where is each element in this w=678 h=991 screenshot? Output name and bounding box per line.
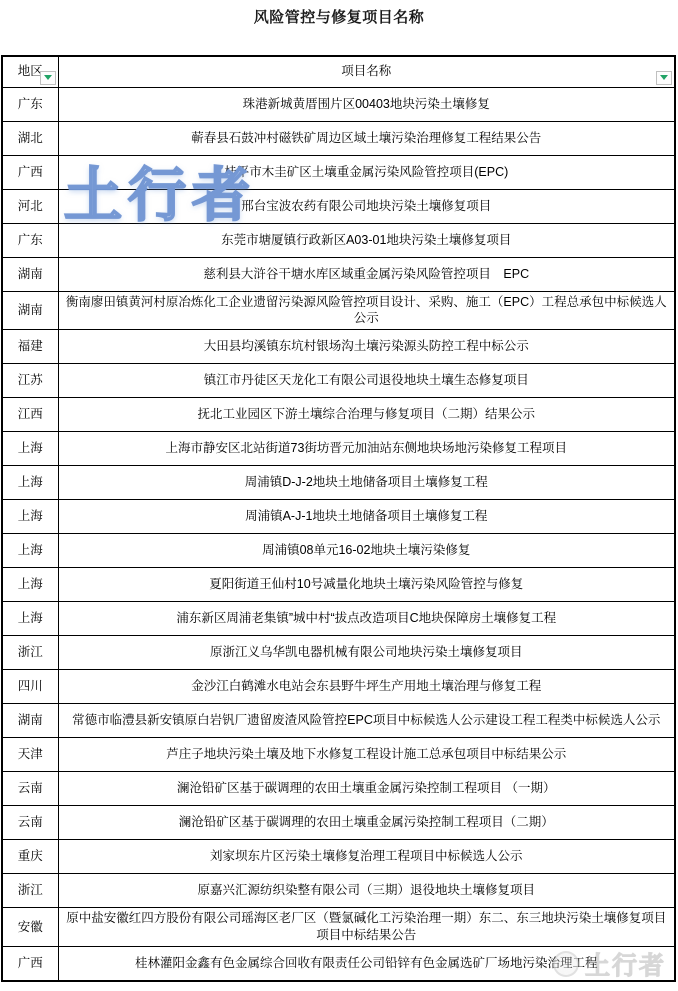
table-row: 广西 桂平市木圭矿区土壤重金属污染风险管控项目(EPC) [2,155,675,189]
table-row: 浙江 原浙江义乌华凯电器机械有限公司地块污染土壤修复项目 [2,636,675,670]
table-row: 云南 澜沧铅矿区基于碳调理的农田土壤重金属污染控制工程项目 （一期） [2,772,675,806]
region-cell[interactable]: 浙江 [2,636,58,670]
table-row: 江苏 镇江市丹徒区天龙化工有限公司退役地块土壤生态修复项目 [2,364,675,398]
table-row: 湖北 蕲春县石鼓冲村磁铁矿周边区域土壤污染治理修复工程结果公告 [2,121,675,155]
region-cell[interactable]: 湖北 [2,121,58,155]
region-filter-button[interactable] [40,71,56,85]
project-cell[interactable]: 夏阳街道王仙村10号减量化地块土壤污染风险管控与修复 [58,568,675,602]
project-cell[interactable]: 抚北工业园区下游土壤综合治理与修复项目（二期）结果公示 [58,398,675,432]
project-cell[interactable]: 大田县均溪镇东坑村银场沟土壤污染源头防控工程中标公示 [58,330,675,364]
project-cell[interactable]: 常德市临澧县新安镇原白岩钒厂遗留废渣风险管控EPC项目中标候选人公示建设工程工程… [58,704,675,738]
region-cell[interactable]: 上海 [2,534,58,568]
project-cell[interactable]: 蕲春县石鼓冲村磁铁矿周边区域土壤污染治理修复工程结果公告 [58,121,675,155]
table-row: 浙江 原嘉兴汇源纺织染整有限公司（三期）退役地块土壤修复项目 [2,874,675,908]
region-cell[interactable]: 云南 [2,806,58,840]
project-cell[interactable]: 浦东新区周浦老集镇”城中村“拔点改造项目C地块保障房土壤修复工程 [58,602,675,636]
project-cell[interactable]: 慈利县大浒谷干塘水库区域重金属污染风险管控项目 EPC [58,257,675,291]
region-cell[interactable]: 上海 [2,500,58,534]
project-cell[interactable]: 周浦镇D-J-2地块土地储备项目土壤修复工程 [58,466,675,500]
region-cell[interactable]: 上海 [2,432,58,466]
table-row: 湖南 慈利县大浒谷干塘水库区域重金属污染风险管控项目 EPC [2,257,675,291]
region-cell[interactable]: 上海 [2,602,58,636]
region-cell[interactable]: 广东 [2,223,58,257]
table-row: 河北 邢台宝波农药有限公司地块污染土壤修复项目 [2,189,675,223]
table-row: 上海 周浦镇A-J-1地块土地储备项目土壤修复工程 [2,500,675,534]
table-row: 福建 大田县均溪镇东坑村银场沟土壤污染源头防控工程中标公示 [2,330,675,364]
region-cell[interactable]: 湖南 [2,704,58,738]
column-header-region[interactable]: 地区 [2,56,58,87]
table-row: 广东 东莞市塘厦镇行政新区A03-01地块污染土壤修复项目 [2,223,675,257]
project-cell[interactable]: 澜沧铅矿区基于碳调理的农田土壤重金属污染控制工程项目（二期） [58,806,675,840]
project-filter-button[interactable] [656,71,672,85]
region-cell[interactable]: 浙江 [2,874,58,908]
table-row: 天津 芦庄子地块污染土壤及地下水修复工程设计施工总承包项目中标结果公示 [2,738,675,772]
region-cell[interactable]: 安徽 [2,908,58,947]
page-title: 风险管控与修复项目名称 [0,6,678,27]
region-cell[interactable]: 河北 [2,189,58,223]
project-cell[interactable]: 原中盐安徽红四方股份有限公司瑶海区老厂区（暨氯碱化工污染治理一期）东二、东三地块… [58,908,675,947]
table-row: 广东 珠港新城黄厝围片区00403地块污染土壤修复 [2,87,675,121]
projects-table: 地区 项目名称 广东 珠港新城黄厝围片区00403地块污染土壤修复 湖北 [1,55,676,982]
table-body: 广东 珠港新城黄厝围片区00403地块污染土壤修复 湖北 蕲春县石鼓冲村磁铁矿周… [2,87,675,981]
project-cell[interactable]: 上海市静安区北站街道73街坊晋元加油站东侧地块场地污染修复工程项目 [58,432,675,466]
table-row: 湖南 衡南廖田镇黄河村原冶炼化工企业遗留污染源风险管控项目设计、采购、施工（EP… [2,291,675,330]
region-cell[interactable]: 广西 [2,155,58,189]
region-cell[interactable]: 重庆 [2,840,58,874]
project-cell[interactable]: 镇江市丹徒区天龙化工有限公司退役地块土壤生态修复项目 [58,364,675,398]
header-row: 地区 项目名称 [2,56,675,87]
region-cell[interactable]: 福建 [2,330,58,364]
region-cell[interactable]: 湖南 [2,257,58,291]
filter-dropdown-icon [44,75,52,80]
table-row: 上海 浦东新区周浦老集镇”城中村“拔点改造项目C地块保障房土壤修复工程 [2,602,675,636]
table-row: 重庆 刘家坝东片区污染土壤修复治理工程项目中标候选人公示 [2,840,675,874]
project-cell[interactable]: 衡南廖田镇黄河村原冶炼化工企业遗留污染源风险管控项目设计、采购、施工（EPC）工… [58,291,675,330]
table-row: 上海 周浦镇D-J-2地块土地储备项目土壤修复工程 [2,466,675,500]
table-row: 四川 金沙江白鹤滩水电站会东县野牛坪生产用地土壤治理与修复工程 [2,670,675,704]
project-cell[interactable]: 周浦镇08单元16-02地块土壤污染修复 [58,534,675,568]
project-cell[interactable]: 金沙江白鹤滩水电站会东县野牛坪生产用地土壤治理与修复工程 [58,670,675,704]
table-row: 云南 澜沧铅矿区基于碳调理的农田土壤重金属污染控制工程项目（二期） [2,806,675,840]
region-cell[interactable]: 上海 [2,568,58,602]
filter-dropdown-icon [660,75,668,80]
region-cell[interactable]: 云南 [2,772,58,806]
table-row: 广西 桂林灌阳金鑫有色金属综合回收有限责任公司铅锌有色金属选矿厂场地污染治理工程 [2,947,675,981]
project-cell[interactable]: 周浦镇A-J-1地块土地储备项目土壤修复工程 [58,500,675,534]
project-cell[interactable]: 桂平市木圭矿区土壤重金属污染风险管控项目(EPC) [58,155,675,189]
project-cell[interactable]: 桂林灌阳金鑫有色金属综合回收有限责任公司铅锌有色金属选矿厂场地污染治理工程 [58,947,675,981]
table-row: 上海 夏阳街道王仙村10号减量化地块土壤污染风险管控与修复 [2,568,675,602]
region-cell[interactable]: 广西 [2,947,58,981]
page: 风险管控与修复项目名称 地区 项目名称 [0,0,678,991]
column-header-project-label: 项目名称 [341,64,391,78]
region-cell[interactable]: 江苏 [2,364,58,398]
column-header-project[interactable]: 项目名称 [58,56,675,87]
table-row: 江西 抚北工业园区下游土壤综合治理与修复项目（二期）结果公示 [2,398,675,432]
region-cell[interactable]: 湖南 [2,291,58,330]
project-cell[interactable]: 原浙江义乌华凯电器机械有限公司地块污染土壤修复项目 [58,636,675,670]
region-cell[interactable]: 天津 [2,738,58,772]
region-cell[interactable]: 广东 [2,87,58,121]
project-cell[interactable]: 原嘉兴汇源纺织染整有限公司（三期）退役地块土壤修复项目 [58,874,675,908]
table-row: 上海 周浦镇08单元16-02地块土壤污染修复 [2,534,675,568]
region-cell[interactable]: 四川 [2,670,58,704]
project-cell[interactable]: 邢台宝波农药有限公司地块污染土壤修复项目 [58,189,675,223]
project-cell[interactable]: 刘家坝东片区污染土壤修复治理工程项目中标候选人公示 [58,840,675,874]
table-row: 上海 上海市静安区北站街道73街坊晋元加油站东侧地块场地污染修复工程项目 [2,432,675,466]
table-row: 湖南 常德市临澧县新安镇原白岩钒厂遗留废渣风险管控EPC项目中标候选人公示建设工… [2,704,675,738]
table-row: 安徽 原中盐安徽红四方股份有限公司瑶海区老厂区（暨氯碱化工污染治理一期）东二、东… [2,908,675,947]
project-cell[interactable]: 珠港新城黄厝围片区00403地块污染土壤修复 [58,87,675,121]
project-cell[interactable]: 东莞市塘厦镇行政新区A03-01地块污染土壤修复项目 [58,223,675,257]
region-cell[interactable]: 上海 [2,466,58,500]
project-cell[interactable]: 澜沧铅矿区基于碳调理的农田土壤重金属污染控制工程项目 （一期） [58,772,675,806]
region-cell[interactable]: 江西 [2,398,58,432]
project-cell[interactable]: 芦庄子地块污染土壤及地下水修复工程设计施工总承包项目中标结果公示 [58,738,675,772]
